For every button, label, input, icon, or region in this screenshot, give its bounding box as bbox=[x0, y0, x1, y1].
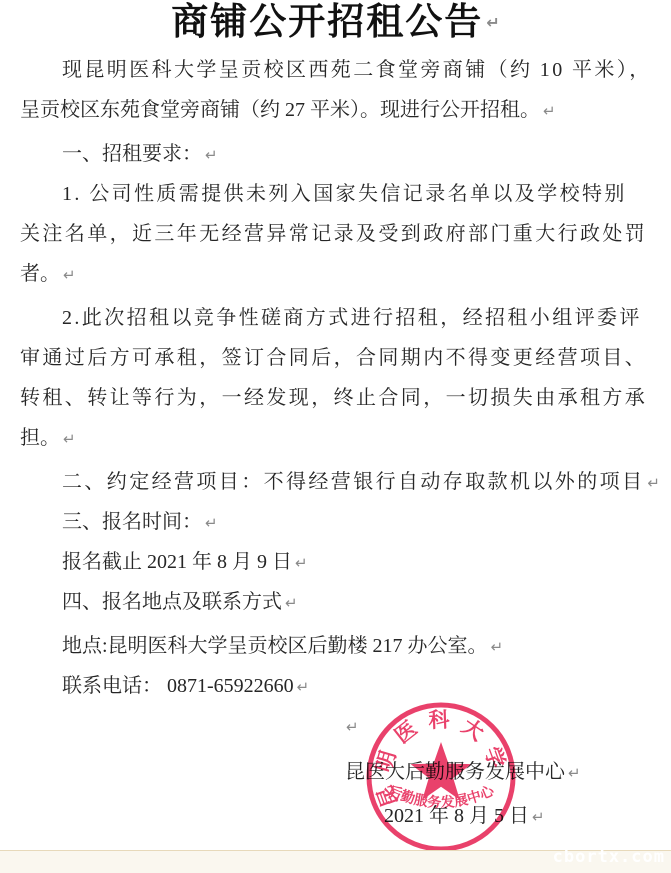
stamp-arc-char: 科 bbox=[428, 708, 451, 733]
star-icon bbox=[411, 742, 472, 800]
document-line: 联系电话： 0871-65922660↵ bbox=[0, 666, 671, 706]
paragraph-mark-icon: ↵ bbox=[285, 594, 298, 612]
line-text: 呈贡校区东苑食堂旁商铺（约 27 平米）。现进行公开招租。 bbox=[20, 99, 540, 121]
document-line: 四、报名地点及联系方式↵ bbox=[0, 582, 671, 622]
document-line: 三、报名时间：↵ bbox=[0, 502, 671, 542]
document-line: 报名截止 2021 年 8 月 9 日↵ bbox=[0, 542, 671, 582]
document-line: 地点:昆明医科大学呈贡校区后勤楼 217 办公室。↵ bbox=[0, 626, 671, 666]
document-body: 现昆明医科大学呈贡校区西苑二食堂旁商铺（约 10 平米），呈贡校区东苑食堂旁商铺… bbox=[0, 50, 671, 836]
line-text: 二、约定经营项目：不得经营银行自动存取款机以外的项目 bbox=[62, 471, 644, 493]
paragraph-mark-icon: ↵ bbox=[205, 514, 218, 532]
line-text: 报名截止 2021 年 8 月 9 日 bbox=[62, 551, 292, 573]
line-text: 2.此次招租以竞争性磋商方式进行招租，经招租小组评委评 bbox=[62, 307, 642, 329]
stamp-arc-char: 明 bbox=[372, 748, 401, 775]
document-line: 1. 公司性质需提供未列入国家失信记录名单以及学校特别 bbox=[0, 174, 671, 214]
document-line: 呈贡校区东苑食堂旁商铺（约 27 平米）。现进行公开招租。↵ bbox=[0, 90, 671, 130]
document-line: 担。↵ bbox=[0, 418, 671, 458]
paragraph-mark-icon: ↵ bbox=[543, 102, 556, 120]
document-line: 关注名单，近三年无经营异常记录及受到政府部门重大行政处罚 bbox=[0, 214, 671, 254]
site-watermark: cbortx.com bbox=[553, 847, 665, 867]
line-text: 者。 bbox=[20, 263, 60, 285]
line-text: 地点:昆明医科大学呈贡校区后勤楼 217 办公室。 bbox=[62, 635, 488, 657]
document-line: 审通过后方可承租，签订合同后，合同期内不得变更经营项目、 bbox=[0, 338, 671, 378]
document-page: 商铺公开招租公告↵ 现昆明医科大学呈贡校区西苑二食堂旁商铺（约 10 平米），呈… bbox=[0, 0, 671, 873]
page-title: 商铺公开招租公告↵ bbox=[0, 0, 671, 50]
paragraph-mark-icon: ↵ bbox=[63, 430, 76, 448]
official-stamp: 昆明医科大学 后勤服务发展中心 bbox=[361, 697, 521, 857]
paragraph-mark-icon: ↵ bbox=[205, 146, 218, 164]
paragraph-mark-icon: ↵ bbox=[346, 718, 359, 736]
document-line: 二、约定经营项目：不得经营银行自动存取款机以外的项目↵ bbox=[0, 462, 671, 502]
document-line: 2.此次招租以竞争性磋商方式进行招租，经招租小组评委评 bbox=[0, 298, 671, 338]
paragraph-mark-icon: ↵ bbox=[647, 474, 660, 492]
paragraph-mark-icon: ↵ bbox=[63, 266, 76, 284]
line-text: 转租、转让等行为，一经发现，终止合同，一切损失由承租方承 bbox=[20, 387, 647, 409]
document-line: 一、招租要求：↵ bbox=[0, 134, 671, 174]
document-line: 转租、转让等行为，一经发现，终止合同，一切损失由承租方承 bbox=[0, 378, 671, 418]
document-line: 2021 年 8 月 5 日↵ bbox=[0, 796, 671, 836]
line-text: 1. 公司性质需提供未列入国家失信记录名单以及学校特别 bbox=[62, 183, 627, 205]
document-line: 者。↵ bbox=[0, 254, 671, 294]
document-line: 现昆明医科大学呈贡校区西苑二食堂旁商铺（约 10 平米）， bbox=[0, 50, 671, 90]
paragraph-mark-icon: ↵ bbox=[532, 808, 545, 826]
line-text: 审通过后方可承租，签订合同后，合同期内不得变更经营项目、 bbox=[20, 347, 647, 369]
line-text: 现昆明医科大学呈贡校区西苑二食堂旁商铺（约 10 平米）， bbox=[62, 59, 652, 81]
title-text: 商铺公开招租公告 bbox=[171, 2, 483, 43]
paragraph-mark-icon: ↵ bbox=[297, 678, 310, 696]
line-text: 关注名单，近三年无经营异常记录及受到政府部门重大行政处罚 bbox=[20, 223, 647, 245]
line-text: 担。 bbox=[20, 427, 60, 449]
paragraph-mark-icon: ↵ bbox=[568, 764, 581, 782]
paragraph-mark-icon: ↵ bbox=[486, 13, 499, 32]
paragraph-mark-icon: ↵ bbox=[491, 638, 504, 656]
line-text: 一、招租要求： bbox=[62, 143, 202, 165]
line-text: 四、报名地点及联系方式 bbox=[62, 591, 282, 613]
line-text: 联系电话： 0871-65922660 bbox=[62, 675, 294, 697]
document-line: ↵ bbox=[0, 706, 671, 746]
document-line: 昆医大后勤服务发展中心↵ bbox=[0, 752, 671, 792]
paragraph-mark-icon: ↵ bbox=[295, 554, 308, 572]
line-text: 三、报名时间： bbox=[62, 511, 202, 533]
